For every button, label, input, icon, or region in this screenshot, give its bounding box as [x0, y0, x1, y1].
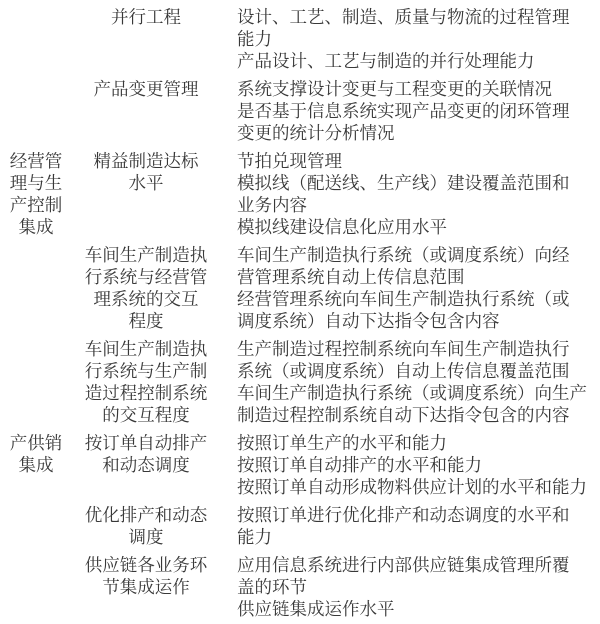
table-group: 经营管理与生产控制集成精益制造达标水平节拍兑现管理模拟线（配送线、生产线）建设覆…	[8, 150, 600, 432]
items-cell: 按照订单进行优化排产和动态调度的水平和能力	[228, 504, 600, 548]
item-line: 经营管理系统向车间生产制造执行系统（或	[237, 288, 600, 310]
indicator-line: 车间生产制造执	[64, 244, 228, 266]
table-row: 并行工程设计、工艺、制造、质量与物流的过程管理能力产品设计、工艺与制造的并行处理…	[64, 6, 600, 72]
table-row: 车间生产制造执行系统与生产制造过程控制系统的交互程度生产制造过程控制系统向车间生…	[64, 338, 600, 426]
indicator-line: 并行工程	[64, 6, 228, 28]
category-cell: 产供销集成	[8, 432, 64, 476]
indicator-table: 并行工程设计、工艺、制造、质量与物流的过程管理能力产品设计、工艺与制造的并行处理…	[0, 0, 600, 624]
items-cell: 按照订单生产的水平和能力按照订单自动排产的水平和能力按照订单自动形成物料供应计划…	[228, 432, 600, 498]
item-line: 制造过程控制系统自动下达指令包含的内容	[237, 404, 600, 426]
indicator-cell: 按订单自动排产和动态调度	[64, 432, 228, 476]
category-line: 经营管	[8, 150, 64, 172]
indicator-line: 产品变更管理	[64, 78, 228, 100]
indicator-line: 水平	[64, 172, 228, 194]
indicator-line: 调度	[64, 526, 228, 548]
item-line: 能力	[237, 526, 600, 548]
item-line: 车间生产制造执行系统（或调度系统）向经	[237, 244, 600, 266]
item-line: 营管理系统自动上传信息范围	[237, 266, 600, 288]
item-line: 生产制造过程控制系统向车间生产制造执行	[237, 338, 600, 360]
indicator-cell: 车间生产制造执行系统与经营管理系统的交互程度	[64, 244, 228, 332]
table-row: 优化排产和动态调度按照订单进行优化排产和动态调度的水平和能力	[64, 504, 600, 548]
indicator-line: 行系统与经营管	[64, 266, 228, 288]
category-line: 理与生	[8, 172, 64, 194]
indicator-line: 行系统与生产制	[64, 360, 228, 382]
items-cell: 系统支撑设计变更与工程变更的关联情况是否基于信息系统实现产品变更的闭环管理变更的…	[228, 78, 600, 144]
item-line: 按照订单自动形成物料供应计划的水平和能力	[237, 476, 600, 498]
table-group: 并行工程设计、工艺、制造、质量与物流的过程管理能力产品设计、工艺与制造的并行处理…	[8, 6, 600, 150]
item-line: 按照订单自动排产的水平和能力	[237, 454, 600, 476]
indicator-line: 优化排产和动态	[64, 504, 228, 526]
item-line: 盖的环节	[237, 576, 600, 598]
indicator-line: 程度	[64, 310, 228, 332]
item-line: 业务内容	[237, 194, 600, 216]
category-cell: 经营管理与生产控制集成	[8, 150, 64, 238]
category-line: 集成	[8, 216, 64, 238]
indicator-line: 精益制造达标	[64, 150, 228, 172]
table-group: 产供销集成按订单自动排产和动态调度按照订单生产的水平和能力按照订单自动排产的水平…	[8, 432, 600, 624]
indicator-cell: 供应链各业务环节集成运作	[64, 554, 228, 598]
indicator-cell: 产品变更管理	[64, 78, 228, 100]
item-line: 是否基于信息系统实现产品变更的闭环管理	[237, 100, 600, 122]
table-row: 车间生产制造执行系统与经营管理系统的交互程度车间生产制造执行系统（或调度系统）向…	[64, 244, 600, 332]
indicator-cell: 精益制造达标水平	[64, 150, 228, 194]
item-line: 供应链集成运作水平	[237, 598, 600, 620]
items-cell: 应用信息系统进行内部供应链集成管理所覆盖的环节供应链集成运作水平	[228, 554, 600, 620]
indicator-line: 节集成运作	[64, 576, 228, 598]
indicator-line: 车间生产制造执	[64, 338, 228, 360]
table-row: 按订单自动排产和动态调度按照订单生产的水平和能力按照订单自动排产的水平和能力按照…	[64, 432, 600, 498]
item-line: 模拟线建设信息化应用水平	[237, 216, 600, 238]
items-cell: 设计、工艺、制造、质量与物流的过程管理能力产品设计、工艺与制造的并行处理能力	[228, 6, 600, 72]
indicator-line: 的交互程度	[64, 404, 228, 426]
item-line: 调度系统）自动下达指令包含内容	[237, 310, 600, 332]
item-line: 设计、工艺、制造、质量与物流的过程管理	[237, 6, 600, 28]
group-rows: 并行工程设计、工艺、制造、质量与物流的过程管理能力产品设计、工艺与制造的并行处理…	[64, 6, 600, 150]
category-line: 产控制	[8, 194, 64, 216]
indicator-cell: 车间生产制造执行系统与生产制造过程控制系统的交互程度	[64, 338, 228, 426]
table-row: 精益制造达标水平节拍兑现管理模拟线（配送线、生产线）建设覆盖范围和业务内容模拟线…	[64, 150, 600, 238]
indicator-line: 和动态调度	[64, 454, 228, 476]
item-line: 系统支撑设计变更与工程变更的关联情况	[237, 78, 600, 100]
item-line: 系统（或调度系统）自动上传信息覆盖范围	[237, 360, 600, 382]
item-line: 节拍兑现管理	[237, 150, 600, 172]
item-line: 按照订单进行优化排产和动态调度的水平和	[237, 504, 600, 526]
item-line: 应用信息系统进行内部供应链集成管理所覆	[237, 554, 600, 576]
items-cell: 生产制造过程控制系统向车间生产制造执行系统（或调度系统）自动上传信息覆盖范围车间…	[228, 338, 600, 426]
item-line: 变更的统计分析情况	[237, 122, 600, 144]
table-row: 供应链各业务环节集成运作应用信息系统进行内部供应链集成管理所覆盖的环节供应链集成…	[64, 554, 600, 620]
group-rows: 精益制造达标水平节拍兑现管理模拟线（配送线、生产线）建设覆盖范围和业务内容模拟线…	[64, 150, 600, 432]
indicator-line: 供应链各业务环	[64, 554, 228, 576]
item-line: 按照订单生产的水平和能力	[237, 432, 600, 454]
group-rows: 按订单自动排产和动态调度按照订单生产的水平和能力按照订单自动排产的水平和能力按照…	[64, 432, 600, 624]
items-cell: 节拍兑现管理模拟线（配送线、生产线）建设覆盖范围和业务内容模拟线建设信息化应用水…	[228, 150, 600, 238]
indicator-line: 按订单自动排产	[64, 432, 228, 454]
item-line: 车间生产制造执行系统（或调度系统）向生产	[237, 382, 600, 404]
table-row: 产品变更管理系统支撑设计变更与工程变更的关联情况是否基于信息系统实现产品变更的闭…	[64, 78, 600, 144]
indicator-line: 造过程控制系统	[64, 382, 228, 404]
category-line: 集成	[8, 454, 64, 476]
items-cell: 车间生产制造执行系统（或调度系统）向经营管理系统自动上传信息范围经营管理系统向车…	[228, 244, 600, 332]
item-line: 模拟线（配送线、生产线）建设覆盖范围和	[237, 172, 600, 194]
indicator-line: 理系统的交互	[64, 288, 228, 310]
item-line: 产品设计、工艺与制造的并行处理能力	[237, 50, 600, 72]
indicator-cell: 优化排产和动态调度	[64, 504, 228, 548]
category-line: 产供销	[8, 432, 64, 454]
item-line: 能力	[237, 28, 600, 50]
indicator-cell: 并行工程	[64, 6, 228, 28]
